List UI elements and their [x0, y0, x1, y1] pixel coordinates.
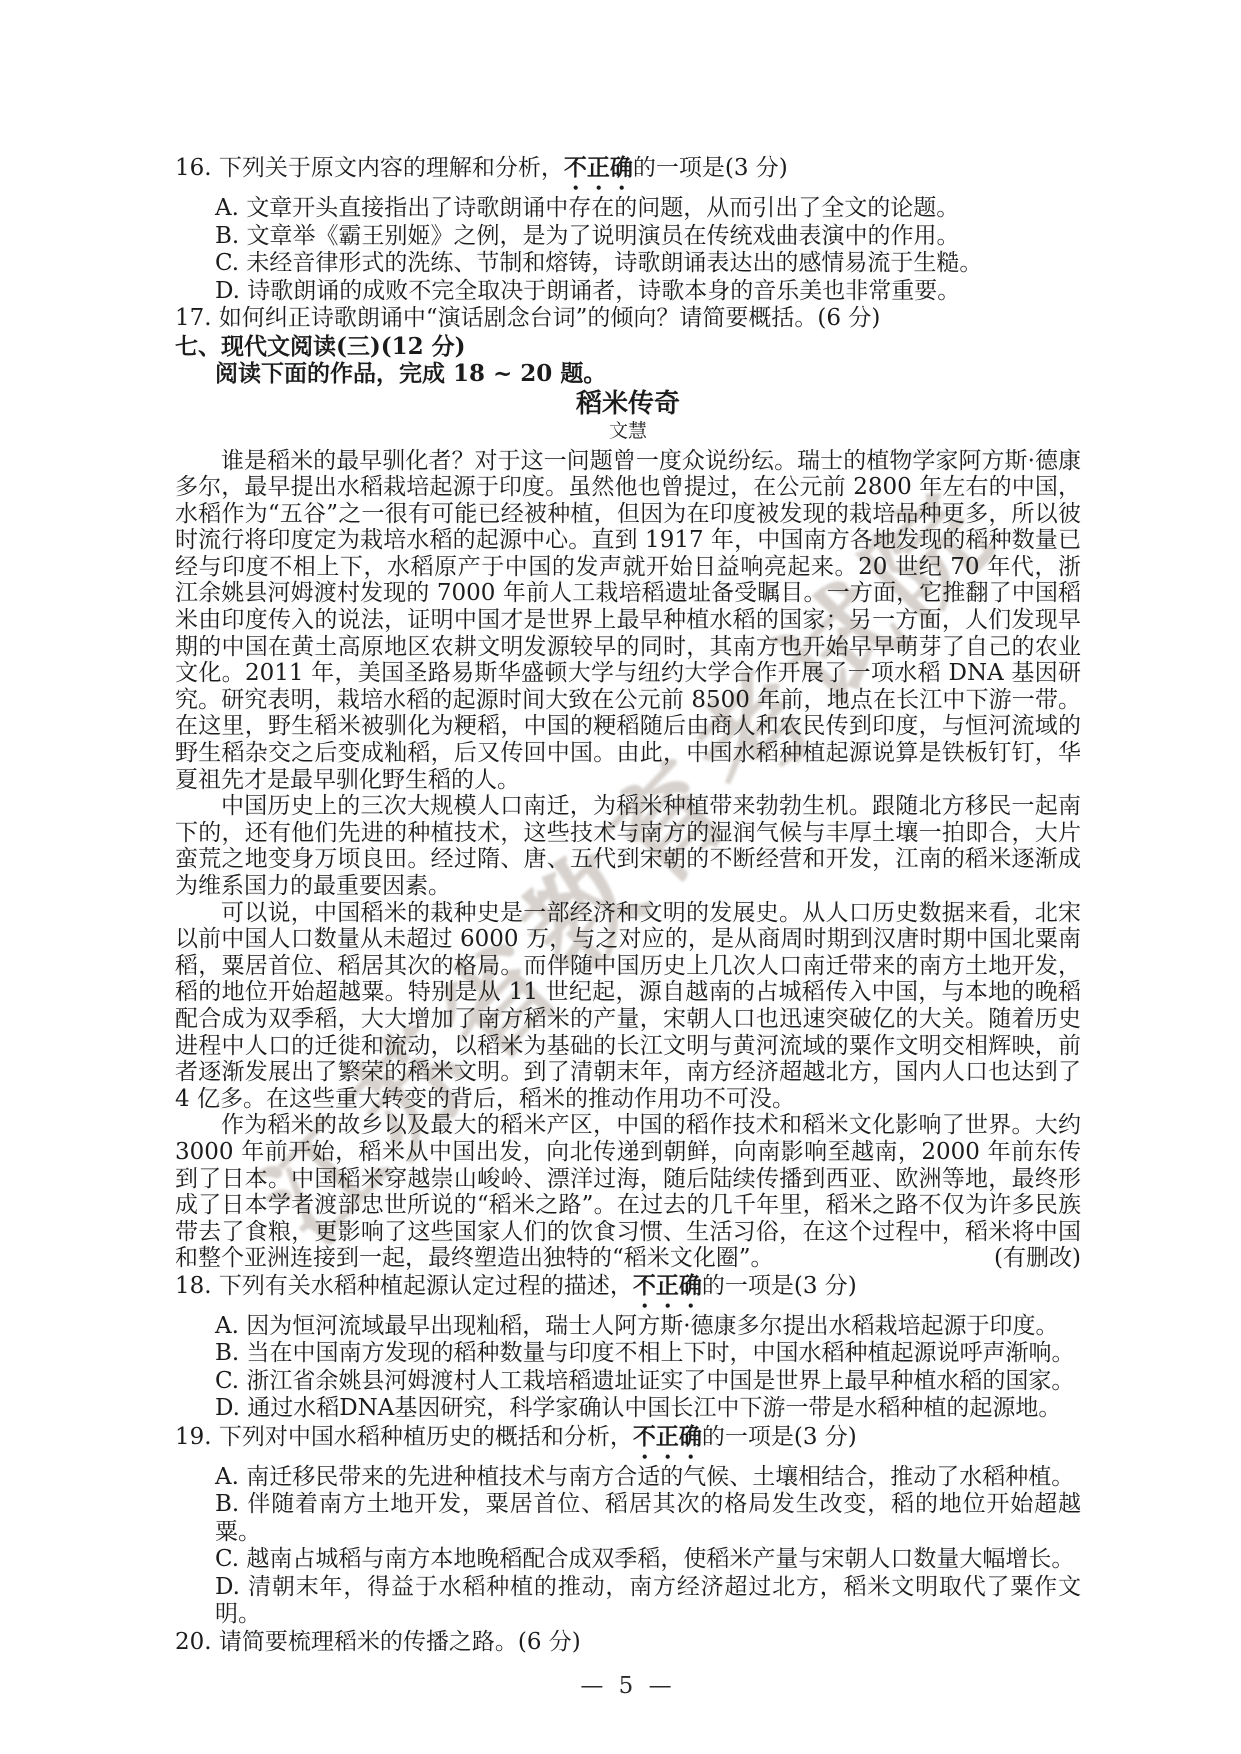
question-18-option-b: B. 当在中国南方发现的稻种数量与印度不相上下时，中国水稻种植起源说呼声渐响。	[175, 1340, 1081, 1368]
essay-paragraph-3: 可以说，中国稻米的栽种史是一部经济和文明的发展史。从人口历史数据来看，北宋以前中…	[175, 900, 1081, 1113]
question-19-emphasis: 不正确	[633, 1423, 702, 1450]
exam-scan-page: { "watermark": { "text": "江苏省教育考试院" }, "…	[0, 0, 1241, 1754]
question-16-option-d: D. 诗歌朗诵的成败不完全取决于朗诵者，诗歌本身的音乐美也非常重要。	[175, 278, 1081, 306]
essay-paragraph-2: 中国历史上的三次大规模人口南迁，为稻米种植带来勃勃生机。跟随北方移民一起南下的，…	[175, 793, 1081, 899]
question-18-option-d: D. 通过水稻DNA基因研究，科学家确认中国长江中下游一带是水稻种植的起源地。	[175, 1395, 1081, 1423]
question-16: 16. 下列关于原文内容的理解和分析，不正确的一项是(3 分)	[175, 154, 1081, 195]
essay-title: 稻米传奇	[175, 389, 1081, 420]
page-number: — 5 —	[175, 1673, 1081, 1701]
question-19: 19. 下列对中国水稻种植历史的概括和分析，不正确的一项是(3 分)	[175, 1423, 1081, 1464]
question-18: 18. 下列有关水稻种植起源认定过程的描述，不正确的一项是(3 分)	[175, 1272, 1081, 1313]
question-16-stem-pre: 16. 下列关于原文内容的理解和分析，	[175, 155, 564, 181]
question-16-option-a: A. 文章开头直接指出了诗歌朗诵中存在的问题，从而引出了全文的论题。	[175, 195, 1081, 223]
section-7-instruction: 阅读下面的作品，完成 18 ~ 20 题。	[175, 360, 1081, 388]
question-16-stem-post: 的一项是(3 分)	[633, 155, 788, 181]
question-16-emphasis: 不正确	[564, 154, 633, 181]
question-19-stem-pre: 19. 下列对中国水稻种植历史的概括和分析，	[175, 1424, 633, 1450]
question-20: 20. 请简要梳理稻米的传播之路。(6 分)	[175, 1629, 1081, 1657]
essay-author: 文慧	[175, 420, 1081, 443]
question-19-stem-post: 的一项是(3 分)	[702, 1424, 857, 1450]
question-19-option-d: D. 清朝末年，得益于水稻种植的推动，南方经济超过北方，稻米文明取代了粟作文明。	[175, 1574, 1081, 1629]
essay-paragraph-1: 谁是稻米的最早驯化者？对于这一问题曾一度众说纷纭。瑞士的植物学家阿方斯·德康多尔…	[175, 448, 1081, 794]
question-18-emphasis: 不正确	[633, 1272, 702, 1299]
essay-passage: 谁是稻米的最早驯化者？对于这一问题曾一度众说纷纭。瑞士的植物学家阿方斯·德康多尔…	[175, 448, 1081, 1272]
question-18-option-a: A. 因为恒河流域最早出现籼稻，瑞士人阿方斯·德康多尔提出水稻栽培起源于印度。	[175, 1313, 1081, 1341]
exam-sheet: 江苏省教育考试院 16. 下列关于原文内容的理解和分析，不正确的一项是(3 分)…	[0, 0, 1241, 1754]
question-18-stem-post: 的一项是(3 分)	[702, 1273, 857, 1299]
section-7-heading: 七、现代文阅读(三)(12 分)	[175, 333, 1081, 361]
question-16-option-b: B. 文章举《霸王别姬》之例，是为了说明演员在传统戏曲表演中的作用。	[175, 223, 1081, 251]
content-column: 16. 下列关于原文内容的理解和分析，不正确的一项是(3 分) A. 文章开头直…	[175, 154, 1081, 1701]
question-19-option-a: A. 南迁移民带来的先进种植技术与南方合适的气候、土壤相结合，推动了水稻种植。	[175, 1464, 1081, 1492]
question-18-option-c: C. 浙江省余姚县河姆渡村人工栽培稻遗址证实了中国是世界上最早种植水稻的国家。	[175, 1368, 1081, 1396]
question-19-option-c: C. 越南占城稻与南方本地晚稻配合成双季稻，使稻米产量与宋朝人口数量大幅增长。	[175, 1546, 1081, 1574]
question-18-stem-pre: 18. 下列有关水稻种植起源认定过程的描述，	[175, 1273, 633, 1299]
question-16-option-c: C. 未经音律形式的洗练、节制和熔铸，诗歌朗诵表达出的感情易流于生糙。	[175, 250, 1081, 278]
question-17: 17. 如何纠正诗歌朗诵中“演话剧念台词”的倾向？请简要概括。(6 分)	[175, 305, 1081, 333]
question-19-option-b: B. 伴随着南方土地开发，粟居首位、稻居其次的格局发生改变，稻的地位开始超越粟。	[175, 1491, 1081, 1546]
